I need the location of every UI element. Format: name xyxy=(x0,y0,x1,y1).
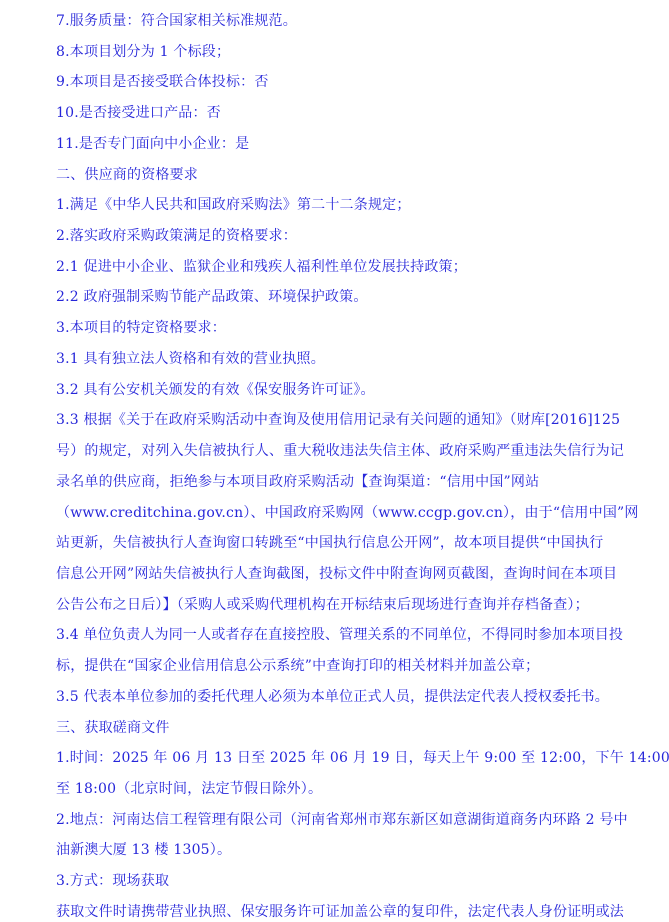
document-line: 3.4 单位负责人为同一人或者存在直接控股、管理关系的不同单位，不得同时参加本项… xyxy=(56,620,641,651)
document-line: 9.本项目是否接受联合体投标：否 xyxy=(56,67,641,98)
document-line: 2.2 政府强制采购节能产品政策、环境保护政策。 xyxy=(56,282,641,313)
document-line: 3.1 具有独立法人资格和有效的营业执照。 xyxy=(56,344,641,375)
document-line: 8.本项目划分为 1 个标段； xyxy=(56,37,641,68)
document-line: 1.满足《中华人民共和国政府采购法》第二十二条规定； xyxy=(56,190,641,221)
document-line: 7.服务质量：符合国家相关标准规范。 xyxy=(56,6,641,37)
document-line: 二、供应商的资格要求 xyxy=(56,160,641,191)
document-page: 7.服务质量：符合国家相关标准规范。8.本项目划分为 1 个标段；9.本项目是否… xyxy=(0,0,669,922)
document-line: 公告公布之日后）】（采购人或采购代理机构在开标结束后现场进行查询并存档备查）； xyxy=(56,590,641,621)
document-line: 信息公开网”网站失信被执行人查询截图，投标文件中附查询网页截图，查询时间在本项目 xyxy=(56,559,641,590)
document-line: 11.是否专门面向中小企业：是 xyxy=(56,129,641,160)
document-line: 获取文件时请携带营业执照、保安服务许可证加盖公章的复印件，法定代表人身份证明或法 xyxy=(56,897,641,922)
document-line: 号）的规定，对列入失信被执行人、重大税收违法失信主体、政府采购严重违法失信行为记 xyxy=(56,436,641,467)
document-line: 3.5 代表本单位参加的委托代理人必须为本单位正式人员，提供法定代表人授权委托书… xyxy=(56,682,641,713)
document-line: （www.creditchina.gov.cn）、中国政府采购网（www.ccg… xyxy=(56,498,641,529)
document-line: 3.3 根据《关于在政府采购活动中查询及使用信用记录有关问题的通知》（财库[20… xyxy=(56,405,641,436)
document-line: 2.落实政府采购政策满足的资格要求： xyxy=(56,221,641,252)
document-line: 油新澳大厦 13 楼 1305）。 xyxy=(56,835,641,866)
document-line: 2.地点：河南达信工程管理有限公司（河南省郑州市郑东新区如意湖街道商务内环路 2… xyxy=(56,805,641,836)
document-line: 录名单的供应商，拒绝参与本项目政府采购活动【查询渠道：“信用中国”网站 xyxy=(56,467,641,498)
document-line: 2.1 促进中小企业、监狱企业和残疾人福利性单位发展扶持政策； xyxy=(56,252,641,283)
document-line: 标，提供在“国家企业信用信息公示系统”中查询打印的相关材料并加盖公章； xyxy=(56,651,641,682)
document-line: 1.时间：2025 年 06 月 13 日至 2025 年 06 月 19 日，… xyxy=(56,743,641,774)
document-line: 三、获取磋商文件 xyxy=(56,713,641,744)
document-line: 3.方式：现场获取 xyxy=(56,866,641,897)
document-line: 至 18:00（北京时间，法定节假日除外）。 xyxy=(56,774,641,805)
document-line: 站更新，失信被执行人查询窗口转跳至“中国执行信息公开网”，故本项目提供“中国执行 xyxy=(56,528,641,559)
document-line: 3.本项目的特定资格要求： xyxy=(56,313,641,344)
document-line: 3.2 具有公安机关颁发的有效《保安服务许可证》。 xyxy=(56,375,641,406)
document-line: 10.是否接受进口产品：否 xyxy=(56,98,641,129)
